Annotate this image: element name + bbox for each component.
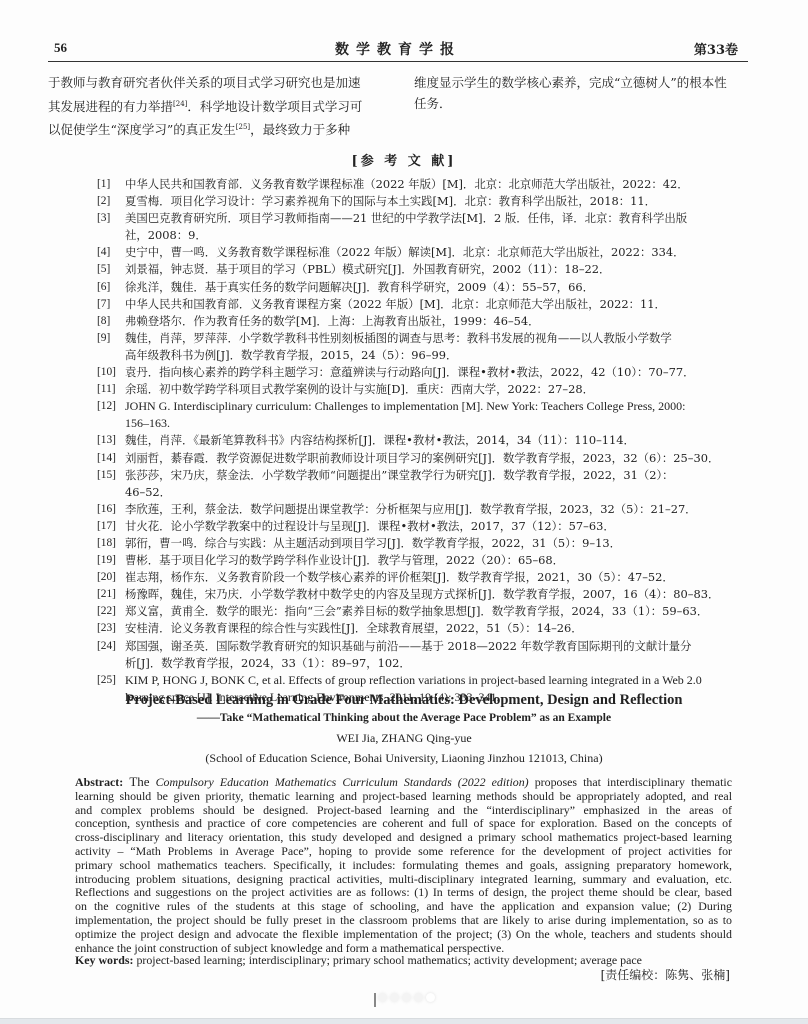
reference-number: [12] [97,398,125,432]
reference-item: [16]李欣莲，王利，蔡金法．数学问题提出课堂教学：分析框架与应用[J]．数学教… [97,501,735,518]
text-cursor-indicator [374,993,376,1007]
reference-text: 魏佳，肖萍，罗萍萍．小学数学教科书性别刻板插图的调查与思考：教科书发展的视角——… [125,330,735,364]
reference-item: [13]魏佳，肖萍．《最新笔算教科书》内容结构探析[J]．课程•教材•教法，20… [97,432,735,449]
reference-number: [8] [97,313,125,330]
abstract-line: and complex problems should be designed.… [75,804,732,818]
reference-number: [6] [97,279,125,296]
english-affiliation: (School of Education Science, Bohai Univ… [0,751,808,766]
body-line: 于教师与教育研究者伙伴关系的项目式学习研究也是加速 [48,73,388,94]
reference-number: [4] [97,244,125,261]
abstract-line: primary school mathematics teachers. Spe… [75,859,732,873]
reference-item: [14]刘丽哲，綦春霞．教学资源促进数学职前教师设计项目学习的案例研究[J]．数… [97,450,735,467]
abstract-line: Abstract: The Compulsory Education Mathe… [75,775,732,790]
page-indicator[interactable] [378,993,435,1002]
body-line: 维度显示学生的数学核心素养，完成“立德树人”的根本性 [414,73,748,94]
reference-text: 李欣莲，王利，蔡金法．数学问题提出课堂教学：分析框架与应用[J]．数学教育学报，… [125,501,735,518]
page-dot[interactable] [402,993,411,1002]
abstract-line: optimize the project design and advocate… [75,928,732,942]
reference-item: [9]魏佳，肖萍，罗萍萍．小学数学教科书性别刻板插图的调查与思考：教科书发展的视… [97,330,735,364]
reference-item: [4]史宁中，曹一鸣．义务教育数学课程标准（2022 年版）解读[M]．北京：北… [97,244,735,261]
body-line: 任务． [414,94,748,115]
reference-item: [20]崔志翔，杨作东．义务教育阶段一个数学核心素养的评价框架[J]．数学教育学… [97,569,735,586]
standards-title: Compulsory Education Mathematics Curricu… [156,775,529,789]
references-list: [1]中华人民共和国教育部．义务教育数学课程标准（2022 年版）[M]．北京：… [97,176,735,706]
page-dot[interactable] [426,993,435,1002]
reference-number: [13] [97,432,125,449]
reference-item: [3]美国巴克教育研究所．项目学习教师指南——21 世纪的中学教学法[M]．2 … [97,210,735,244]
citation-sup[interactable]: [24] [173,100,187,108]
reference-text: 袁丹．指向核心素养的跨学科主题学习：意蕴辨读与行动路向[J]．课程•教材•教法，… [125,364,735,381]
page-dot[interactable] [390,993,399,1002]
reference-text: 中华人民共和国教育部．义务教育课程方案（2022 年版）[M]．北京：北京师范大… [125,296,735,313]
reference-number: [9] [97,330,125,364]
reference-item: [24]郑国强，谢圣英．国际数学教育研究的知识基础与前沿——基于 2018—20… [97,638,735,672]
reference-number: [21] [97,586,125,603]
reference-text: 甘火花．论小学数学教案中的过程设计与呈现[J]．课程•教材•教法，2017，37… [125,518,735,535]
reference-item: [10]袁丹．指向核心素养的跨学科主题学习：意蕴辨读与行动路向[J]．课程•教材… [97,364,735,381]
reference-number: [19] [97,552,125,569]
references-heading: [参 考 文 献] [0,150,808,169]
reference-number: [18] [97,535,125,552]
reference-number: [1] [97,176,125,193]
volume-label: 第33卷 [694,39,738,58]
reference-text: 史宁中，曹一鸣．义务教育数学课程标准（2022 年版）解读[M]．北京：北京师范… [125,244,735,261]
reference-number: [14] [97,450,125,467]
left-column: 于教师与教育研究者伙伴关系的项目式学习研究也是加速 其发展进程的有力举措[24]… [48,73,388,141]
reference-text: 美国巴克教育研究所．项目学习教师指南——21 世纪的中学教学法[M]．2 版．任… [125,210,735,244]
reference-number: [10] [97,364,125,381]
reference-text: 郑义富，黄甫全．数学的眼光：指向“三会”素养目标的数学抽象思想[J]．数学教育学… [125,603,735,620]
document-page: 56 数学教育学报 第33卷 于教师与教育研究者伙伴关系的项目式学习研究也是加速… [0,0,808,1024]
reference-text: 余瑶．初中数学跨学科项目式教学案例的设计与实施[D]．重庆：西南大学，2022：… [125,381,735,398]
reference-text: 杨豫晖，魏佳，宋乃庆．小学数学教材中数学史的内容及呈现方式探析[J]．数学教育学… [125,586,735,603]
reference-number: [2] [97,193,125,210]
reference-item: [8]弗赖登塔尔．作为教育任务的数学[M]．上海：上海教育出版社，1999：46… [97,313,735,330]
english-authors: WEI Jia, ZHANG Qing-yue [0,731,808,746]
body-line: 其发展进程的有力举措[24]．科学地设计数学项目式学习可 [48,94,388,118]
reference-item: [17]甘火花．论小学数学教案中的过程设计与呈现[J]．课程•教材•教法，201… [97,518,735,535]
reference-item: [6]徐兆洋，魏佳．基于真实任务的数学问题解决[J]．教育科学研究，2009（4… [97,279,735,296]
reference-item: [18]郭衎，曹一鸣．综合与实践：从主题活动到项目学习[J]．数学教育学报，20… [97,535,735,552]
english-abstract: Abstract: The Compulsory Education Mathe… [75,775,732,955]
running-head: 56 数学教育学报 第33卷 [48,36,748,62]
reference-number: [17] [97,518,125,535]
reference-text: 郭衎，曹一鸣．综合与实践：从主题活动到项目学习[J]．数学教育学报，2022，3… [125,535,735,552]
abstract-line: Reflections and suggestions on the proje… [75,886,732,900]
reference-item: [5]刘景福，钟志贤．基于项目的学习（PBL）模式研究[J]．外国教育研究，20… [97,261,735,278]
reference-number: [16] [97,501,125,518]
reference-text: 刘景福，钟志贤．基于项目的学习（PBL）模式研究[J]．外国教育研究，2002（… [125,261,735,278]
abstract-line: learning should be given priority, thema… [75,790,732,804]
reference-text: 中华人民共和国教育部．义务教育数学课程标准（2022 年版）[M]．北京：北京师… [125,176,735,193]
reference-item: [15]张莎莎，宋乃庆，蔡金法．小学数学教师“问题提出”课堂教学行为研究[J]．… [97,467,735,501]
reference-item: [23]安桂清．论义务教育课程的综合性与实践性[J]．全球教育展望，2022，5… [97,620,735,637]
keywords-label: Key words: [75,953,133,967]
reference-item: [12]JOHN G. Interdisciplinary curriculum… [97,398,735,432]
abstract-line: introducing problem situations, designin… [75,873,732,887]
reference-text: 张莎莎，宋乃庆，蔡金法．小学数学教师“问题提出”课堂教学行为研究[J]．数学教育… [125,467,735,501]
abstract-line: implementation, the project should be fu… [75,914,732,928]
english-subtitle: ——Take “Mathematical Thinking about the … [0,712,808,724]
right-column: 维度显示学生的数学核心素养，完成“立德树人”的根本性 任务． [414,73,748,114]
reference-number: [20] [97,569,125,586]
reference-text: 弗赖登塔尔．作为教育任务的数学[M]．上海：上海教育出版社，1999：46–54… [125,313,735,330]
reference-text: 徐兆洋，魏佳．基于真实任务的数学问题解决[J]．教育科学研究，2009（4）：5… [125,279,735,296]
reference-item: [21]杨豫晖，魏佳，宋乃庆．小学数学教材中数学史的内容及呈现方式探析[J]．数… [97,586,735,603]
reference-item: [19]曹彬．基于项目化学习的数学跨学科作业设计[J]．教学与管理，2022（2… [97,552,735,569]
journal-title: 数学教育学报 [48,39,748,59]
abstract-line: on the cognitive rules of the students a… [75,900,732,914]
reference-text: 刘丽哲，綦春霞．教学资源促进数学职前教师设计项目学习的案例研究[J]．数学教育学… [125,450,735,467]
page-dot[interactable] [414,993,423,1002]
reference-number: [22] [97,603,125,620]
reference-text: 夏雪梅．项目化学习设计：学习素养视角下的国际与本土实践[M]．北京：教育科学出版… [125,193,735,210]
reference-text: JOHN G. Interdisciplinary curriculum: Ch… [125,398,735,432]
reference-number: [24] [97,638,125,672]
english-title: Project-Based Learning in Grade Four Mat… [0,692,808,709]
reference-number: [3] [97,210,125,244]
reference-item: [11]余瑶．初中数学跨学科项目式教学案例的设计与实施[D]．重庆：西南大学，2… [97,381,735,398]
reference-text: 崔志翔，杨作东．义务教育阶段一个数学核心素养的评价框架[J]．数学教育学报，20… [125,569,735,586]
reference-number: [5] [97,261,125,278]
reference-item: [1]中华人民共和国教育部．义务教育数学课程标准（2022 年版）[M]．北京：… [97,176,735,193]
reference-text: 安桂清．论义务教育课程的综合性与实践性[J]．全球教育展望，2022，51（5）… [125,620,735,637]
reference-text: 郑国强，谢圣英．国际数学教育研究的知识基础与前沿——基于 2018—2022 年… [125,638,735,672]
citation-sup[interactable]: [25] [236,123,250,131]
reference-number: [23] [97,620,125,637]
editor-note: [责任编校：陈隽、张楠] [601,966,730,983]
body-line: 以促使学生“深度学习”的真正发生[25]，最终致力于多种 [48,117,388,141]
viewer-bottom-bar [0,1018,808,1024]
reference-text: 魏佳，肖萍．《最新笔算教科书》内容结构探析[J]．课程•教材•教法，2014，3… [125,432,735,449]
reference-item: [7]中华人民共和国教育部．义务教育课程方案（2022 年版）[M]．北京：北京… [97,296,735,313]
keywords-text: project-based learning; interdisciplinar… [136,953,642,967]
abstract-line: activity – “Math Problems in Average Pac… [75,845,732,859]
reference-text: 曹彬．基于项目化学习的数学跨学科作业设计[J]．教学与管理，2022（20）：6… [125,552,735,569]
page-dot[interactable] [378,993,387,1002]
abstract-line: conception, synthesis and practice of co… [75,817,732,831]
reference-number: [7] [97,296,125,313]
reference-number: [15] [97,467,125,501]
abstract-label: Abstract: [75,775,123,789]
reference-item: [22]郑义富，黄甫全．数学的眼光：指向“三会”素养目标的数学抽象思想[J]．数… [97,603,735,620]
reference-item: [2]夏雪梅．项目化学习设计：学习素养视角下的国际与本土实践[M]．北京：教育科… [97,193,735,210]
reference-number: [11] [97,381,125,398]
abstract-line: cross-disciplinary and literacy orientat… [75,831,732,845]
